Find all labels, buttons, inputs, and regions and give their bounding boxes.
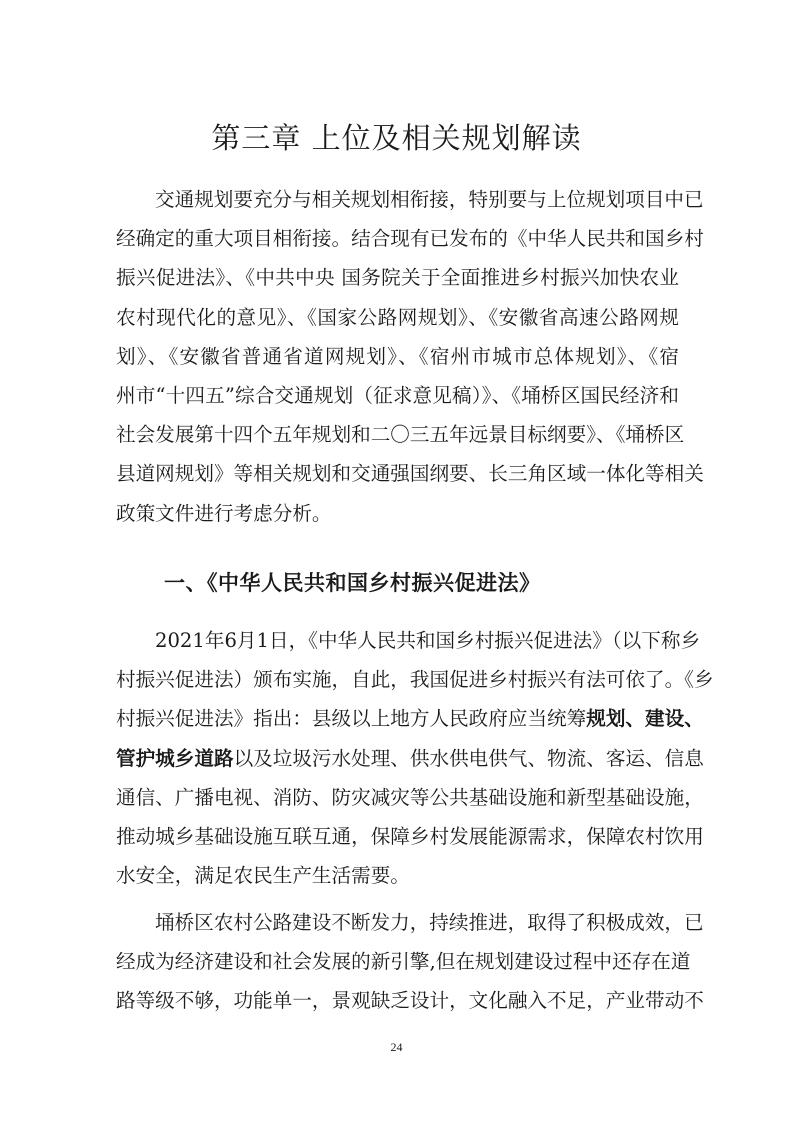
- text-line: 经成为经济建设和社会发展的新引擎,但在规划建设过程中还存在道: [116, 942, 679, 981]
- text-line: 埇桥区农村公路建设不断发力，持续推进，取得了积极成效，已: [116, 903, 679, 942]
- text-bold: 规划、建设、: [586, 707, 704, 730]
- text-line: 社会发展第十四个五年规划和二〇三五年远景目标纲要》、《埇桥区: [116, 415, 679, 454]
- text-line: 县道网规划》等相关规划和交通强国纲要、长三角区域一体化等相关: [116, 454, 679, 493]
- text-line: 路等级不够，功能单一，景观缺乏设计，文化融入不足，产业带动不: [116, 981, 679, 1020]
- section-1-paragraph-2: 埇桥区农村公路建设不断发力，持续推进，取得了积极成效，已 经成为经济建设和社会发…: [116, 903, 679, 1021]
- text-line: 政策文件进行考虑分析。: [116, 494, 679, 533]
- chapter-title: 第三章 上位及相关规划解读: [0, 116, 793, 157]
- text-bold: 管护城乡道路: [116, 747, 234, 770]
- text-line: 经确定的重大项目相衔接。结合现有已发布的《中华人民共和国乡村: [116, 219, 679, 258]
- text-plain: 以及垃圾污水处理、供水供电供气、物流、客运、信息: [234, 747, 704, 770]
- section-heading: 一、《中华人民共和国乡村振兴促进法》: [164, 567, 541, 597]
- text-plain: 村振兴促进法》指出：县级以上地方人民政府应当统筹: [116, 707, 586, 730]
- intro-paragraph: 交通规划要充分与相关规划相衔接，特别要与上位规划项目中已 经确定的重大项目相衔接…: [116, 180, 679, 533]
- text-line: 水安全，满足农民生产生活需要。: [116, 856, 679, 895]
- text-line: 管护城乡道路以及垃圾污水处理、供水供电供气、物流、客运、信息: [116, 739, 679, 778]
- text-line: 通信、广播电视、消防、防灾减灾等公共基础设施和新型基础设施，: [116, 778, 679, 817]
- text-line: 2021年6月1日，《中华人民共和国乡村振兴促进法》（以下称乡: [116, 621, 679, 660]
- text-line: 划》、《安徽省普通省道网规划》、《宿州市城市总体规划》、《宿: [116, 337, 679, 376]
- text-line: 振兴促进法》、《中共中央 国务院关于全面推进乡村振兴加快农业: [116, 258, 679, 297]
- section-1-paragraph-1: 2021年6月1日，《中华人民共和国乡村振兴促进法》（以下称乡 村振兴促进法）颁…: [116, 621, 679, 895]
- text-line: 推动城乡基础设施互联互通，保障乡村发展能源需求，保障农村饮用: [116, 817, 679, 856]
- text-line: 州市“十四五”综合交通规划（征求意见稿）》、《埇桥区国民经济和: [116, 376, 679, 415]
- text-line: 农村现代化的意见》、《国家公路网规划》、《安徽省高速公路网规: [116, 298, 679, 337]
- text-line: 村振兴促进法》指出：县级以上地方人民政府应当统筹规划、建设、: [116, 699, 679, 738]
- text-line: 交通规划要充分与相关规划相衔接，特别要与上位规划项目中已: [116, 180, 679, 219]
- page-number: 24: [0, 1040, 793, 1055]
- text-line: 村振兴促进法）颁布实施，自此，我国促进乡村振兴有法可依了。《乡: [116, 660, 679, 699]
- document-page: 第三章 上位及相关规划解读 交通规划要充分与相关规划相衔接，特别要与上位规划项目…: [0, 0, 793, 1122]
